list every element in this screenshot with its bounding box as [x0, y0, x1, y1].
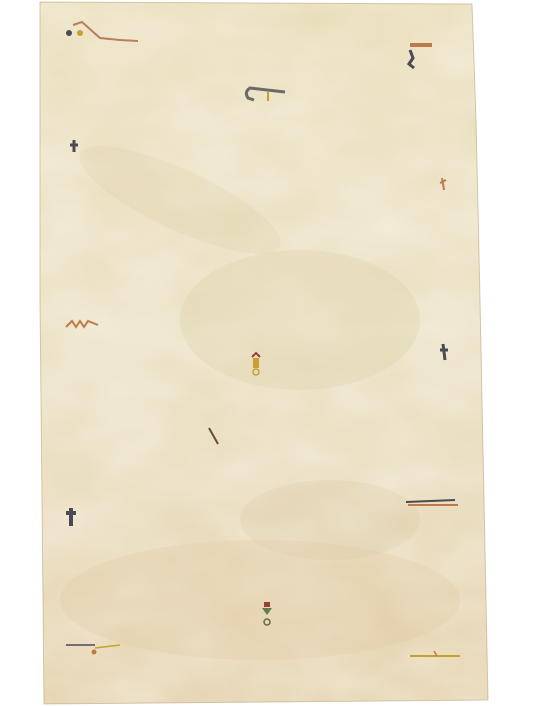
rug-body: [0, 0, 533, 706]
rug-photo: [0, 0, 533, 706]
